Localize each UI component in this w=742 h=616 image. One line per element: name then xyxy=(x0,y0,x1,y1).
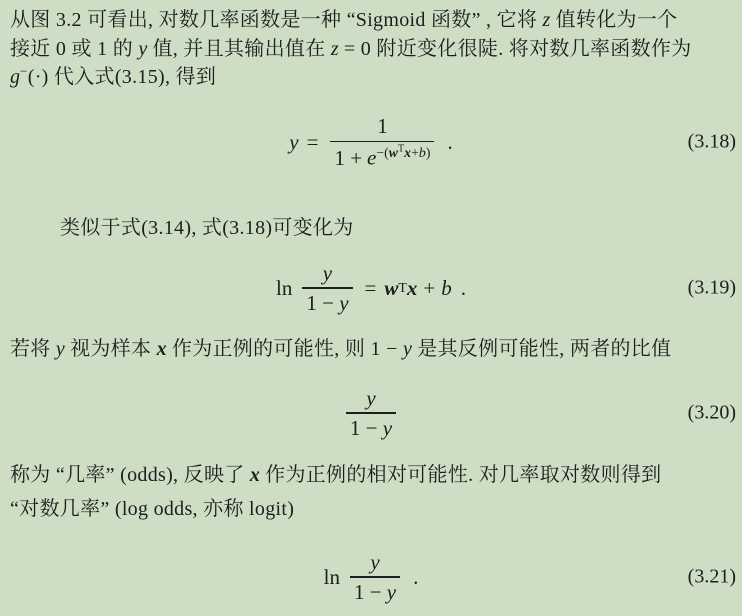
text-run: 值, 并且其输出值在 xyxy=(147,38,331,60)
fraction-denominator: 1 − y xyxy=(346,414,396,440)
text-run: 若将 xyxy=(10,338,56,360)
equation-number-3-18: (3.18) xyxy=(688,131,736,154)
paragraph-1-line-1: 从图 3.2 可看出, 对数几率函数是一种 “Sigmoid 函数” , 它将 … xyxy=(10,6,692,35)
math-var-x: x xyxy=(407,276,418,301)
plus-sign: + xyxy=(423,276,435,301)
math-var-y: y xyxy=(383,416,392,440)
fraction-numerator: y xyxy=(319,261,336,287)
text-run: 作为正例的可能性, 则 1 − xyxy=(167,338,403,360)
text-run: 称为 “几率” (odds), 反映了 xyxy=(10,464,250,486)
text-run: −( xyxy=(376,145,388,160)
exponent: −(wTx+b) xyxy=(376,145,430,160)
equation-3-20: y 1 − y (3.20) xyxy=(0,387,742,439)
transpose-T: T xyxy=(398,281,406,295)
text-run: 接近 0 或 1 的 xyxy=(10,38,138,60)
superscript-minus: − xyxy=(20,63,28,78)
fraction-numerator: 1 xyxy=(373,114,392,140)
plus-sign: + xyxy=(411,145,419,160)
paragraph-transform: 类似于式(3.14), 式(3.18)可变化为 xyxy=(10,214,354,242)
paragraph-4-line-1: 称为 “几率” (odds), 反映了 x 作为正例的相对可能性. 对几率取对数… xyxy=(10,459,661,493)
fraction-numerator: y xyxy=(362,386,379,412)
fraction-denominator: 1 +e−(wTx+b) xyxy=(330,142,434,170)
math-var-y: y xyxy=(387,580,396,604)
math-var-z: z xyxy=(331,38,339,60)
equals-sign: = xyxy=(365,276,377,301)
math-var-b: b xyxy=(441,276,452,301)
equation-number-3-20: (3.20) xyxy=(688,402,736,425)
paragraph-1-line-2: 接近 0 或 1 的 y 值, 并且其输出值在 z = 0 附近变化很陡. 将对… xyxy=(10,35,692,64)
paragraph-odds-intro: 若将 y 视为样本 x 作为正例的可能性, 则 1 − y 是其反例可能性, 两… xyxy=(10,335,671,363)
equation-number-3-19: (3.19) xyxy=(688,277,736,300)
text-run: 是其反例可能性, 两者的比值 xyxy=(412,338,672,360)
fraction: y 1 − y xyxy=(350,550,400,604)
ln-operator: ln xyxy=(324,565,340,590)
math-var-y: y xyxy=(403,338,412,360)
paragraph-3-line-1: 若将 y 视为样本 x 作为正例的可能性, 则 1 − y 是其反例可能性, 两… xyxy=(10,335,671,363)
fraction: y 1 − y xyxy=(346,386,396,440)
scanned-book-page: { "page": { "bg_color": "#cedec5", "text… xyxy=(0,0,742,616)
eq318-lhs-y: y xyxy=(289,130,298,155)
equation-period: . xyxy=(461,276,466,301)
text-run: 从图 3.2 可看出, 对数几率函数是一种 “Sigmoid 函数” , 它将 xyxy=(10,9,543,31)
text-run: = 0 附近变化很陡. 将对数几率函数作为 xyxy=(339,38,692,60)
text-run: 作为正例的相对可能性. 对几率取对数则得到 xyxy=(260,464,662,486)
text-run: (·) 代入式(3.15), 得到 xyxy=(28,66,216,88)
equation-3-18: y = 1 1 +e−(wTx+b) . (3.18) xyxy=(0,110,742,174)
fraction-numerator: y xyxy=(366,550,383,576)
equation-number-3-21: (3.21) xyxy=(688,566,736,589)
equation-3-21: ln y 1 − y . (3.21) xyxy=(0,551,742,603)
equals-sign: = xyxy=(307,130,319,155)
page: 从图 3.2 可看出, 对数几率函数是一种 “Sigmoid 函数” , 它将 … xyxy=(0,0,742,616)
equation-period: . xyxy=(447,130,452,155)
fraction: y 1 − y xyxy=(302,261,352,315)
math-var-y: y xyxy=(56,338,65,360)
equation-period: . xyxy=(413,565,418,590)
equation-3-19: ln y 1 − y = wTx + b . (3.19) xyxy=(0,262,742,314)
paragraph-4-line-2: “对数几率” (log odds, 亦称 logit) xyxy=(10,493,661,527)
text-run: 值转化为一个 xyxy=(550,9,677,31)
text-run: 1 − xyxy=(306,291,334,315)
fraction: 1 1 +e−(wTx+b) xyxy=(330,114,434,169)
math-var-w: w xyxy=(389,145,398,160)
text-run: 1 + xyxy=(334,146,362,170)
fraction-denominator: 1 − y xyxy=(302,289,352,315)
ln-operator: ln xyxy=(276,276,292,301)
math-var-b: b xyxy=(419,145,426,160)
paragraph-sigmoid-intro: 从图 3.2 可看出, 对数几率函数是一种 “Sigmoid 函数” , 它将 … xyxy=(10,6,692,92)
fraction-denominator: 1 − y xyxy=(350,578,400,604)
text-run: 视为样本 xyxy=(65,338,157,360)
math-var-e: e xyxy=(367,146,376,170)
math-var-x: x xyxy=(250,464,260,486)
math-var-w: w xyxy=(384,276,398,301)
text-run: 1 − xyxy=(354,580,382,604)
paragraph-1-line-3: g−(·) 代入式(3.15), 得到 xyxy=(10,63,692,92)
math-var-y: y xyxy=(339,291,348,315)
paragraph-2-line-1: 类似于式(3.14), 式(3.18)可变化为 xyxy=(10,214,354,242)
math-var-g: g xyxy=(10,66,20,88)
paragraph-odds-logit: 称为 “几率” (odds), 反映了 x 作为正例的相对可能性. 对几率取对数… xyxy=(10,459,661,526)
text-run: 1 − xyxy=(350,416,378,440)
math-var-x: x xyxy=(157,338,167,360)
math-var-y: y xyxy=(138,38,147,60)
text-run: ) xyxy=(426,145,431,160)
